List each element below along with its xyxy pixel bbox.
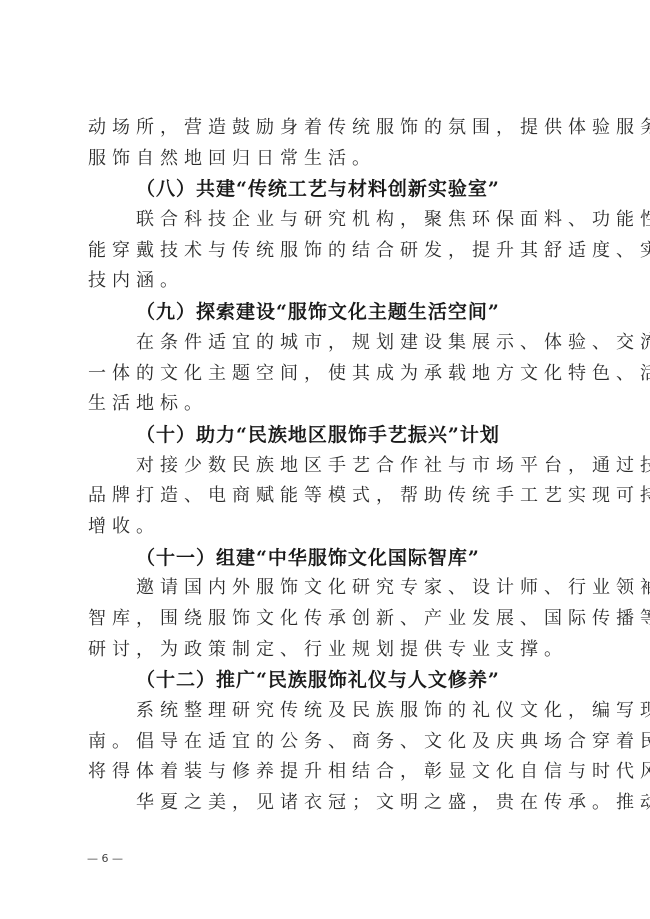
document-page: 动场所，营造鼓励身着传统服饰的氛围，提供体验服务，让传统 服饰自然地回归日常生活…: [88, 113, 570, 819]
body-line: 增收。: [88, 512, 570, 543]
page-number: — 6 —: [87, 852, 123, 865]
section-heading-12: （十二）推广“民族服饰礼仪与人文修养”: [88, 665, 570, 696]
body-line: 研讨，为政策制定、行业规划提供专业支撑。: [88, 635, 570, 666]
section-heading-10: （十）助力“民族地区服饰手艺振兴”计划: [88, 420, 570, 451]
body-line: 品牌打造、电商赋能等模式，帮助传统手工艺实现可持续传承与: [88, 481, 570, 512]
body-line: 能穿戴技术与传统服饰的结合研发，提升其舒适度、实用性及科: [88, 236, 570, 267]
body-line: 服饰自然地回归日常生活。: [88, 144, 570, 175]
body-line: 邀请国内外服饰文化研究专家、设计师、行业领袖组成国际: [88, 573, 570, 604]
body-line: 系统整理研究传统及民族服饰的礼仪文化，编写现代应用指: [88, 696, 570, 727]
body-line: 动场所，营造鼓励身着传统服饰的氛围，提供体验服务，让传统: [88, 113, 570, 144]
body-line: 在条件适宜的城市，规划建设集展示、体验、交流、消费于: [88, 328, 570, 359]
body-line: 对接少数民族地区手艺合作社与市场平台，通过技能培训、: [88, 451, 570, 482]
body-line: 南。倡导在适宜的公务、商务、文化及庆典场合穿着民族服饰，: [88, 727, 570, 758]
body-line: 一体的文化主题空间，使其成为承载地方文化特色、活化传统的: [88, 359, 570, 390]
section-heading-11: （十一）组建“中华服饰文化国际智库”: [88, 543, 570, 574]
body-line: 智库，围绕服饰文化传承创新、产业发展、国际传播等议题开展: [88, 604, 570, 635]
body-line: 技内涵。: [88, 266, 570, 297]
body-line: 华夏之美，见诸衣冠；文明之盛，贵在传承。推动中华民族: [88, 788, 570, 819]
section-heading-8: （八）共建“传统工艺与材料创新实验室”: [88, 174, 570, 205]
body-line: 生活地标。: [88, 389, 570, 420]
body-line: 联合科技企业与研究机构，聚焦环保面料、功能性材料及智: [88, 205, 570, 236]
body-line: 将得体着装与修养提升相结合，彰显文化自信与时代风度。: [88, 757, 570, 788]
section-heading-9: （九）探索建设“服饰文化主题生活空间”: [88, 297, 570, 328]
